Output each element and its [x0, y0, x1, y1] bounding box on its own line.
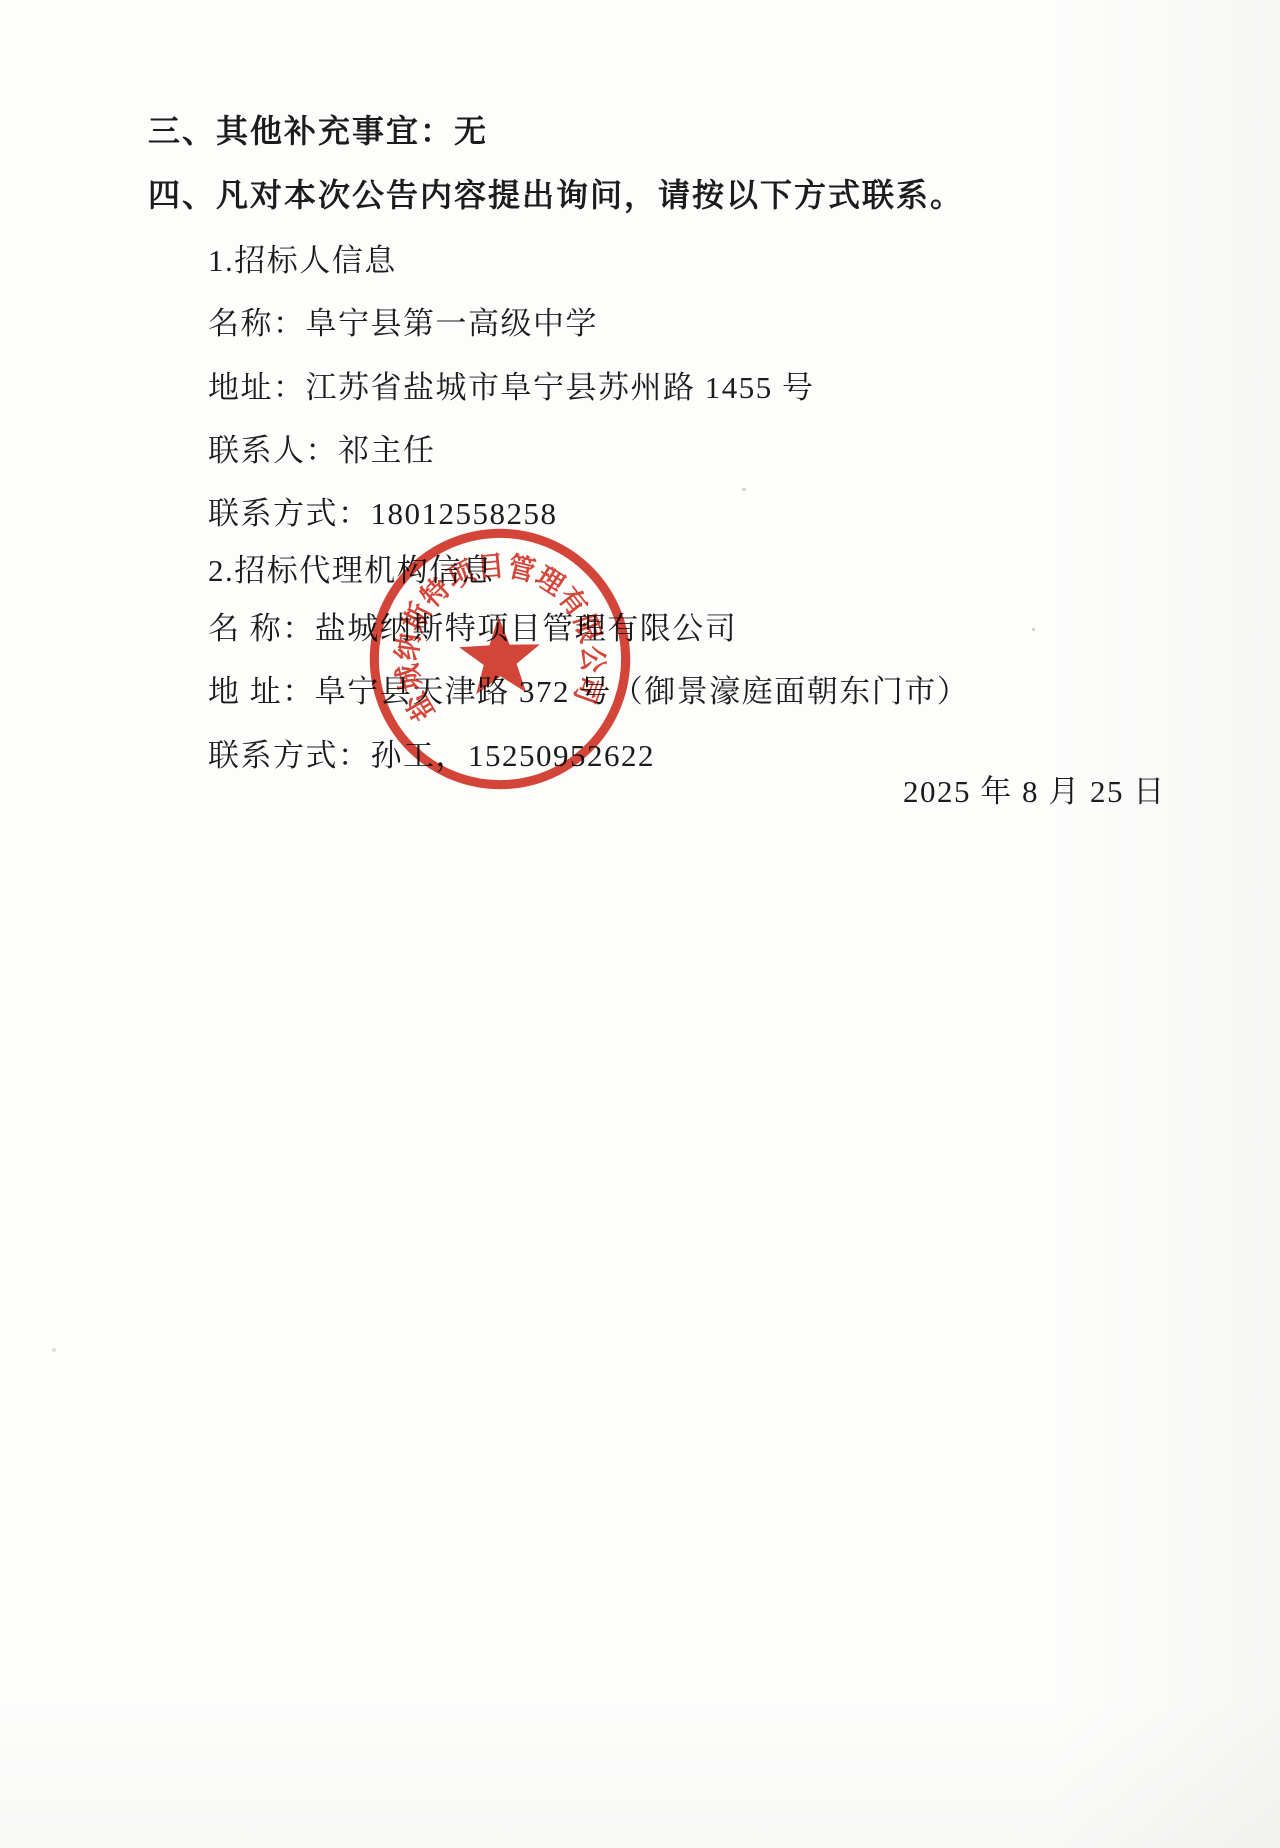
- tenderer-contact-line: 联系人：祁主任: [208, 432, 436, 469]
- company-seal-stamp: 盐城纳斯特项目管理有限公司: [343, 502, 657, 816]
- section-3-heading: 三、其他补充事宜：无: [148, 112, 488, 150]
- scan-speck: [52, 1348, 56, 1352]
- scan-speck: [1032, 628, 1035, 631]
- section-4-heading: 四、凡对本次公告内容提出询问，请按以下方式联系。: [148, 176, 964, 214]
- tenderer-address-line: 地址：江苏省盐城市阜宁县苏州路 1455 号: [208, 369, 815, 406]
- document-date: 2025 年 8 月 25 日: [903, 773, 1166, 810]
- seal-star-icon: [458, 615, 542, 695]
- tenderer-name-line: 名称：阜宁县第一高级中学: [208, 305, 598, 342]
- scan-speck: [742, 488, 746, 491]
- tenderer-info-heading: 1.招标人信息: [208, 242, 397, 279]
- scanned-document-page: 三、其他补充事宜：无 四、凡对本次公告内容提出询问，请按以下方式联系。 1.招标…: [0, 0, 1280, 1848]
